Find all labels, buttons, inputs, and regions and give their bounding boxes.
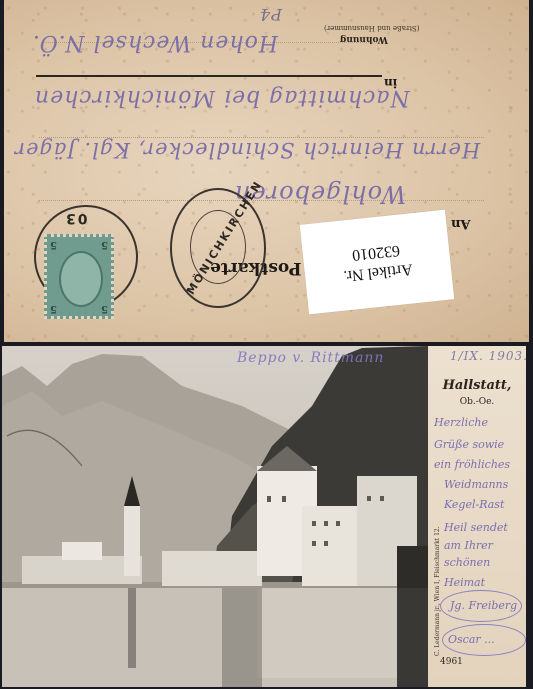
postcard-front: Beppo v. Rittmann 1/IX. 1903. Hallstatt,… [2,346,526,687]
postcard-back: Wohnung (Straße und Hausnummer) in An Po… [4,0,529,342]
handwriting-line: Hohen Wechsel N.Ö. [32,30,278,55]
place-title: Hallstatt, [428,378,526,393]
postage-stamp: 5 5 5 5 [44,234,114,319]
postmark-year: 03 [64,210,87,226]
stamp-value: 5 [50,303,57,314]
message-line: am Ihrer [444,539,493,552]
message-panel: 1/IX. 1903. Hallstatt, Ob.-Oe. Herzliche… [428,346,526,687]
signature-oval [440,590,522,622]
date-written: 1/IX. 1903. [450,349,526,363]
hallstatt-photo: Beppo v. Rittmann [2,346,428,687]
photo-handwritten-name: Beppo v. Rittmann [237,350,384,366]
stamp-value: 5 [101,303,108,314]
message-line: Weidmanns [444,478,508,491]
stamp-value: 5 [50,239,57,250]
handwriting-line: Nachmittag bei Mönichkirchen [34,85,410,110]
stamp-value: 5 [101,239,108,250]
address-rule [36,75,382,77]
handwriting-line: Herrn Heinrich Schindlecker, Kgl. Jäger [14,138,480,162]
message-line: ein fröhliches [434,458,510,471]
publisher-number: 4961 [440,657,463,667]
message-line: Herzliche [434,416,488,429]
message-line: Heil sendet [444,521,508,534]
residence-label: Wohnung [340,34,388,44]
message-line: Grüße sowie [434,438,504,451]
stamp-portrait-icon [59,251,103,307]
residence-hint: (Straße und Hausnummer) [324,24,420,32]
an-label: An [451,216,471,231]
place-subtitle: Ob.-Oe. [428,397,526,407]
pencil-note: P4 [259,5,282,24]
message-line: schönen [444,556,490,569]
message-line: Heimat [444,576,485,589]
message-line: Kegel-Rast [444,498,504,511]
publisher-credit: C. Ledermann jr., Wien I, Fleischmarkt 1… [434,486,441,656]
signature-oval [442,624,526,656]
article-number-label: Artikel Nr. 632010 [300,210,455,315]
landscape-illustration [2,346,428,687]
